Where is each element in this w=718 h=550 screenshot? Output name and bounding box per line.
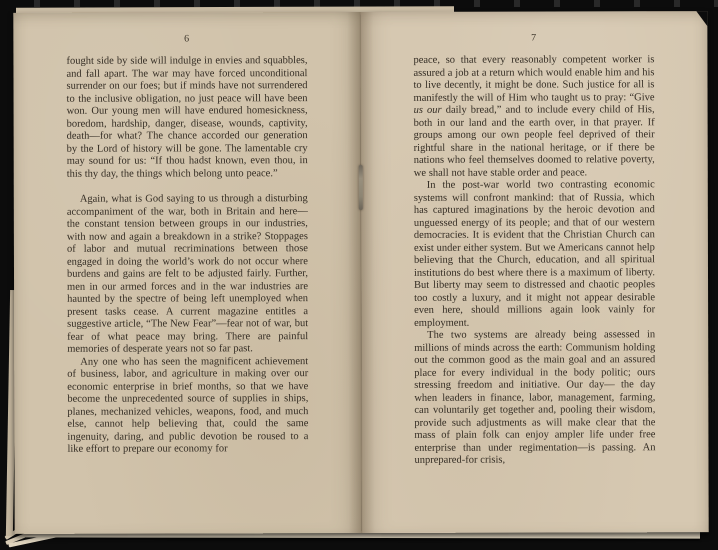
text-segment-italic: us our <box>414 105 442 116</box>
page-number-left: 6 <box>66 33 307 45</box>
binding-staple <box>359 165 363 210</box>
text-segment: daily bread,” and to include every child… <box>414 104 655 178</box>
paragraph: peace, so that every reasonably competen… <box>413 54 654 180</box>
paragraph: fought side by side will indulge in envi… <box>66 55 307 181</box>
open-book: 6 fought side by side will indulge in en… <box>13 11 708 534</box>
text-segment: peace, so that every reasonably competen… <box>413 54 654 103</box>
paragraph: Any one who has seen the magnificent ach… <box>67 356 308 457</box>
paragraph: In the post-war world two contrasting ec… <box>414 179 655 330</box>
paragraph: The two systems are already being assess… <box>414 329 655 467</box>
book-page-left: 6 fought side by side will indulge in en… <box>13 12 361 534</box>
book-page-right: 7 peace, so that every reasonably compet… <box>360 11 708 533</box>
paragraph: Again, what is God saying to us through … <box>67 193 308 356</box>
page-corner-cut <box>696 11 707 26</box>
page-number-right: 7 <box>413 32 654 44</box>
scan-background: 6 fought side by side will indulge in en… <box>0 0 718 550</box>
